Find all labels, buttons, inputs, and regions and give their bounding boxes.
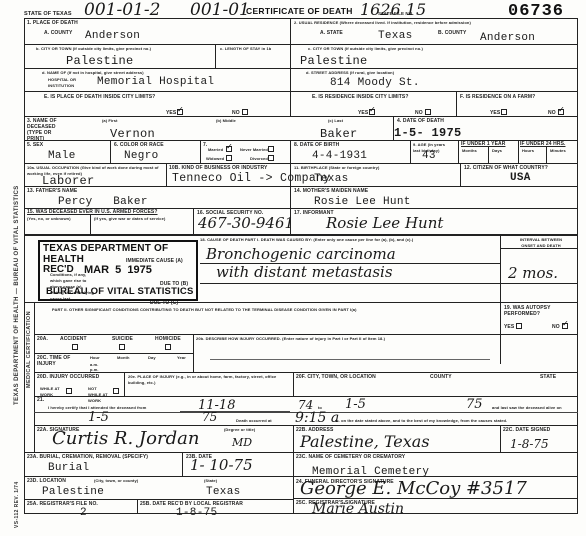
rule — [290, 208, 291, 234]
days-label: Days — [492, 148, 502, 154]
suicide-checkbox[interactable] — [119, 344, 125, 350]
physician-signature: Curtis R. Jordan — [52, 428, 199, 449]
date-recd-value: 1-8-75 — [176, 507, 217, 519]
armed-war-label: (If yes, give war or dates of service) — [94, 216, 165, 222]
autopsy-no-checkbox[interactable] — [562, 323, 568, 329]
death-county-value: Anderson — [85, 30, 140, 42]
registrar-file-value: 2 — [80, 507, 87, 519]
certify-number-label: 21. — [37, 397, 44, 403]
while-at-work-checkbox[interactable] — [66, 388, 72, 394]
middle-name-label: (b) Middle — [216, 118, 236, 124]
married-label: Married — [208, 147, 223, 153]
never-married-checkbox[interactable] — [268, 146, 274, 152]
rule — [182, 452, 183, 476]
rule — [460, 163, 461, 186]
rule — [24, 234, 578, 236]
rule — [210, 359, 490, 360]
burial-label: 23a. BURIAL, CREMATION, REMOVAL (Specify… — [27, 454, 148, 460]
rule — [34, 372, 578, 373]
industry-value: Tenneco Oil -> Company — [172, 172, 330, 185]
location-city-value: Palestine — [42, 486, 104, 498]
rule — [124, 372, 125, 396]
degree-value: MD — [232, 436, 252, 449]
widowed-checkbox[interactable] — [226, 155, 232, 161]
rule — [34, 334, 578, 335]
location-state-value: Texas — [206, 486, 241, 498]
date-of-death-label: 4. DATE OF DEATH — [397, 118, 444, 124]
injury-type-label: 20a. — [37, 336, 48, 342]
rule — [500, 283, 578, 284]
rule — [293, 425, 294, 452]
death-time-text: m. on the date stated above, and to the … — [335, 418, 507, 424]
medical-section-divider — [34, 302, 35, 452]
birthplace-label: 11. BIRTHPLACE (State or foreign country… — [294, 165, 379, 171]
autopsy-yes-label: YES — [504, 324, 514, 330]
armed-yes-no-label: (Yes, no, or unknown) — [27, 216, 71, 222]
homicide-label: HOMICIDE — [155, 336, 181, 342]
certificate-title: CERTIFICATE OF DEATH — [246, 6, 353, 16]
mother-label: 14. MOTHER'S MAIDEN NAME — [294, 188, 368, 194]
describe-injury-label: 20b. DESCRIBE HOW INJURY OCCURRED. (Ente… — [196, 336, 385, 342]
date-signed-value: 1-8-75 — [510, 437, 549, 451]
divorced-checkbox[interactable] — [268, 155, 274, 161]
minutes-label: Minutes — [550, 148, 566, 154]
married-checkbox[interactable] — [226, 146, 232, 152]
inside-city-yes-checkbox[interactable] — [177, 109, 183, 115]
rule — [24, 499, 294, 500]
inside-city-limits-label: e. IS PLACE OF DEATH INSIDE CITY LIMITS? — [44, 94, 155, 100]
last-name-value: Baker — [320, 127, 358, 141]
rule — [215, 44, 216, 68]
farm-no-checkbox[interactable] — [558, 109, 564, 115]
funeral-director-signature: George E. McCoy #3517 — [300, 478, 527, 499]
farm-yes-checkbox[interactable] — [501, 109, 507, 115]
rule — [34, 425, 578, 426]
res-state-label: a. STATE — [320, 30, 343, 36]
rule — [90, 215, 91, 234]
age-value: 43 — [422, 150, 436, 162]
sex-label: 5. SEX — [27, 142, 43, 148]
rule — [500, 425, 501, 452]
date-of-death-value: 1-5- 1975 — [394, 126, 462, 140]
month-label: Month — [117, 355, 130, 361]
rule — [410, 140, 411, 163]
rule — [24, 44, 290, 45]
rule — [24, 452, 578, 453]
degree-label: (Degree or title) — [224, 427, 255, 433]
marital-label: 7. — [203, 142, 207, 148]
citizen-label: 12. CITIZEN OF WHAT COUNTRY? — [464, 165, 548, 171]
rule — [293, 452, 294, 514]
res-street-label: d. STREET ADDRESS (If rural, give locati… — [306, 70, 394, 76]
dob-value: 4-4-1931 — [312, 150, 367, 162]
death-city-value: Palestine — [66, 54, 134, 68]
stamp-recd: REC'D — [43, 264, 74, 275]
part1-label: 18. CAUSE OF DEATH PART I. DEATH WAS CAU… — [200, 237, 413, 243]
autopsy-label: 19. WAS AUTOPSY PERFORMED? — [504, 305, 578, 317]
under-day-label: IF UNDER 24 HRS. — [520, 141, 566, 147]
inside-city-no-checkbox[interactable] — [242, 109, 248, 115]
last-saw-date: 1-5 — [88, 410, 109, 425]
column-divider — [290, 18, 291, 116]
suicide-label: SUICIDE — [112, 336, 133, 342]
hospital-label-2: HOSPITAL OR INSTITUTION — [48, 77, 90, 89]
rule — [290, 44, 578, 45]
hour-label: Hour — [90, 355, 100, 361]
last-name-label: (c) Last — [328, 118, 343, 124]
rule — [137, 499, 138, 514]
rule — [488, 146, 489, 163]
death-county-label: a. COUNTY — [44, 30, 72, 36]
first-name-value: Vernon — [110, 127, 155, 141]
not-while-at-work-checkbox[interactable] — [113, 388, 119, 394]
stamp-line-1: TEXAS DEPARTMENT OF HEALTH — [43, 243, 196, 265]
length-of-stay-label: c. LENGTH OF STAY in 1b — [220, 46, 284, 52]
injury-occurred-label: 20d. INJURY OCCURRED — [37, 374, 99, 380]
accident-label: ACCIDENT — [60, 336, 87, 342]
widowed-label: Widowed — [206, 156, 224, 162]
handwritten-code-1: 001-01-2 — [84, 0, 160, 20]
accident-checkbox[interactable] — [72, 344, 78, 350]
res-inside-no-checkbox[interactable] — [425, 109, 431, 115]
time-of-injury-label: 20c. TIME OF INJURY — [37, 355, 71, 367]
rule — [110, 140, 111, 163]
farm-label: f. IS RESIDENCE ON A FARM? — [460, 94, 535, 100]
res-inside-yes-checkbox[interactable] — [369, 109, 375, 115]
state-file-label: STATE FILE NO. — [378, 11, 414, 17]
injury-county-label: COUNTY — [430, 374, 452, 380]
hours-label: Hours — [522, 148, 534, 154]
injury-state-label: STATE — [540, 374, 556, 380]
place-of-injury-label: 20e. PLACE OF INJURY (e.g., in or about … — [128, 374, 294, 386]
res-inside-limits-label: e. IS RESIDENCE INSIDE CITY LIMITS? — [312, 94, 408, 100]
location-city-label: (City, town, or county) — [94, 478, 138, 484]
informant-value: Rosie Lee Hunt — [326, 214, 443, 232]
under-year-label: IF UNDER 1 YEAR — [461, 141, 505, 147]
side-form-number: VS-112 REV. 1/74 — [14, 481, 20, 528]
autopsy-no-label: NO — [552, 324, 560, 330]
place-of-death-label: 1. PLACE OF DEATH — [27, 20, 78, 26]
industry-label: 10b. KIND OF BUSINESS OR INDUSTRY — [169, 165, 267, 171]
handwritten-code-2: 001-01 — [190, 0, 250, 20]
rule — [458, 140, 459, 163]
residence-label: 2. USUAL RESIDENCE (Where deceased lived… — [294, 20, 471, 26]
stamp-date: MAR 5 1975 — [84, 264, 152, 276]
res-county-label: b. COUNTY — [438, 30, 466, 36]
cemetery-label: 23c. NAME OF CEMETERY OR CREMATORY — [296, 454, 405, 460]
interval-value: 2 mos. — [508, 264, 558, 282]
ssn-value: 467-30-9461 — [198, 214, 294, 232]
mother-value: Rosie Lee Hunt — [314, 196, 411, 208]
autopsy-yes-checkbox[interactable] — [516, 323, 522, 329]
rule — [500, 248, 578, 249]
immediate-cause-line-1: Bronchogenic carcinoma — [206, 245, 396, 263]
rule — [293, 372, 294, 396]
location-state-label: (State) — [204, 478, 217, 484]
side-department-text: TEXAS DEPARTMENT OF HEALTH — BUREAU OF V… — [14, 185, 20, 405]
rule — [500, 234, 501, 364]
rule — [200, 283, 500, 284]
rule — [24, 91, 578, 92]
date-signed-label: 22c. DATE SIGNED — [503, 427, 550, 433]
father-value: Percy Baker — [58, 196, 148, 208]
race-label: 6. COLOR OR RACE — [114, 142, 164, 148]
disposition-date-value: 1- 10-75 — [190, 456, 253, 474]
race-value: Negro — [124, 150, 159, 162]
state-label: STATE OF TEXAS — [24, 11, 72, 17]
rule — [290, 186, 291, 208]
dob-label: 8. DATE OF BIRTH — [294, 142, 339, 148]
registrar-signature: Marie Austin — [312, 501, 404, 517]
rule — [24, 476, 578, 477]
registrar-file-label: 25a. REGISTRAR'S FILE NO. — [27, 501, 98, 507]
rule — [518, 140, 519, 163]
deceased-name-label: 3. NAME OF DECEASED (Type or print) — [27, 118, 67, 142]
first-name-label: (a) First — [102, 118, 118, 124]
res-city-label: c. CITY OR TOWN (If outside city limits,… — [308, 46, 423, 52]
citizen-value: USA — [510, 172, 531, 184]
rule — [290, 163, 291, 186]
rule — [24, 186, 578, 187]
rule — [34, 396, 578, 397]
last-saw-text: and last saw the deceased alive on — [492, 405, 562, 411]
hospital-value: Memorial Hospital — [97, 76, 214, 88]
rule — [546, 146, 547, 163]
res-state-value: Texas — [378, 30, 413, 42]
immediate-cause-line-2: with distant metastasis — [216, 263, 393, 281]
death-occurred-text: Death occurred at — [236, 418, 272, 424]
injury-location-label: 20f. CITY, TOWN, OR LOCATION — [296, 374, 376, 380]
rule — [193, 334, 194, 372]
rule — [24, 163, 578, 164]
death-city-label: b. CITY OR TOWN (If outside city limits,… — [36, 46, 151, 52]
birthplace-value: Texas — [314, 173, 349, 185]
rule — [34, 353, 193, 354]
rule — [24, 302, 578, 303]
burial-value: Burial — [48, 462, 89, 474]
rule — [293, 498, 578, 499]
received-stamp: TEXAS DEPARTMENT OF HEALTH REC'D MAR 5 1… — [38, 240, 198, 301]
day-label: Day — [148, 355, 156, 361]
death-time: 9:15 a — [295, 410, 339, 426]
res-county-value: Anderson — [480, 32, 535, 44]
rule — [24, 68, 290, 69]
physician-address: Palestine, Texas — [300, 432, 430, 451]
res-city-value: Palestine — [300, 54, 368, 68]
attended-to-date: 1-5 — [345, 397, 366, 412]
armed-forces-label: 15. WAS DECEASED EVER IN U.S. ARMED FORC… — [27, 209, 158, 215]
homicide-checkbox[interactable] — [165, 344, 171, 350]
part2-label: PART II. OTHER SIGNIFICANT CONDITIONS CO… — [52, 307, 357, 313]
rule — [200, 140, 201, 163]
rule — [24, 116, 578, 117]
divorced-label: Divorced — [250, 156, 268, 162]
rule — [290, 140, 291, 163]
location-label: 23d. LOCATION — [27, 478, 66, 484]
never-married-label: Never Married — [240, 147, 268, 153]
rule — [290, 68, 578, 69]
not-while-at-work-label: NOT WHILE AT WORK — [88, 386, 110, 404]
rule — [166, 163, 167, 186]
rule — [456, 91, 457, 116]
last-saw-year: 75 — [202, 410, 217, 424]
sex-value: Male — [48, 150, 76, 162]
stamp-line-3: BUREAU OF VITAL STATISTICS — [46, 286, 194, 297]
father-label: 13. FATHER'S NAME — [27, 188, 77, 194]
year-label: Year — [177, 355, 186, 361]
res-street-value: 814 Moody St. — [330, 77, 420, 89]
months-label: Months — [462, 148, 477, 154]
rule — [193, 208, 194, 234]
attended-to-year: 75 — [466, 397, 483, 412]
